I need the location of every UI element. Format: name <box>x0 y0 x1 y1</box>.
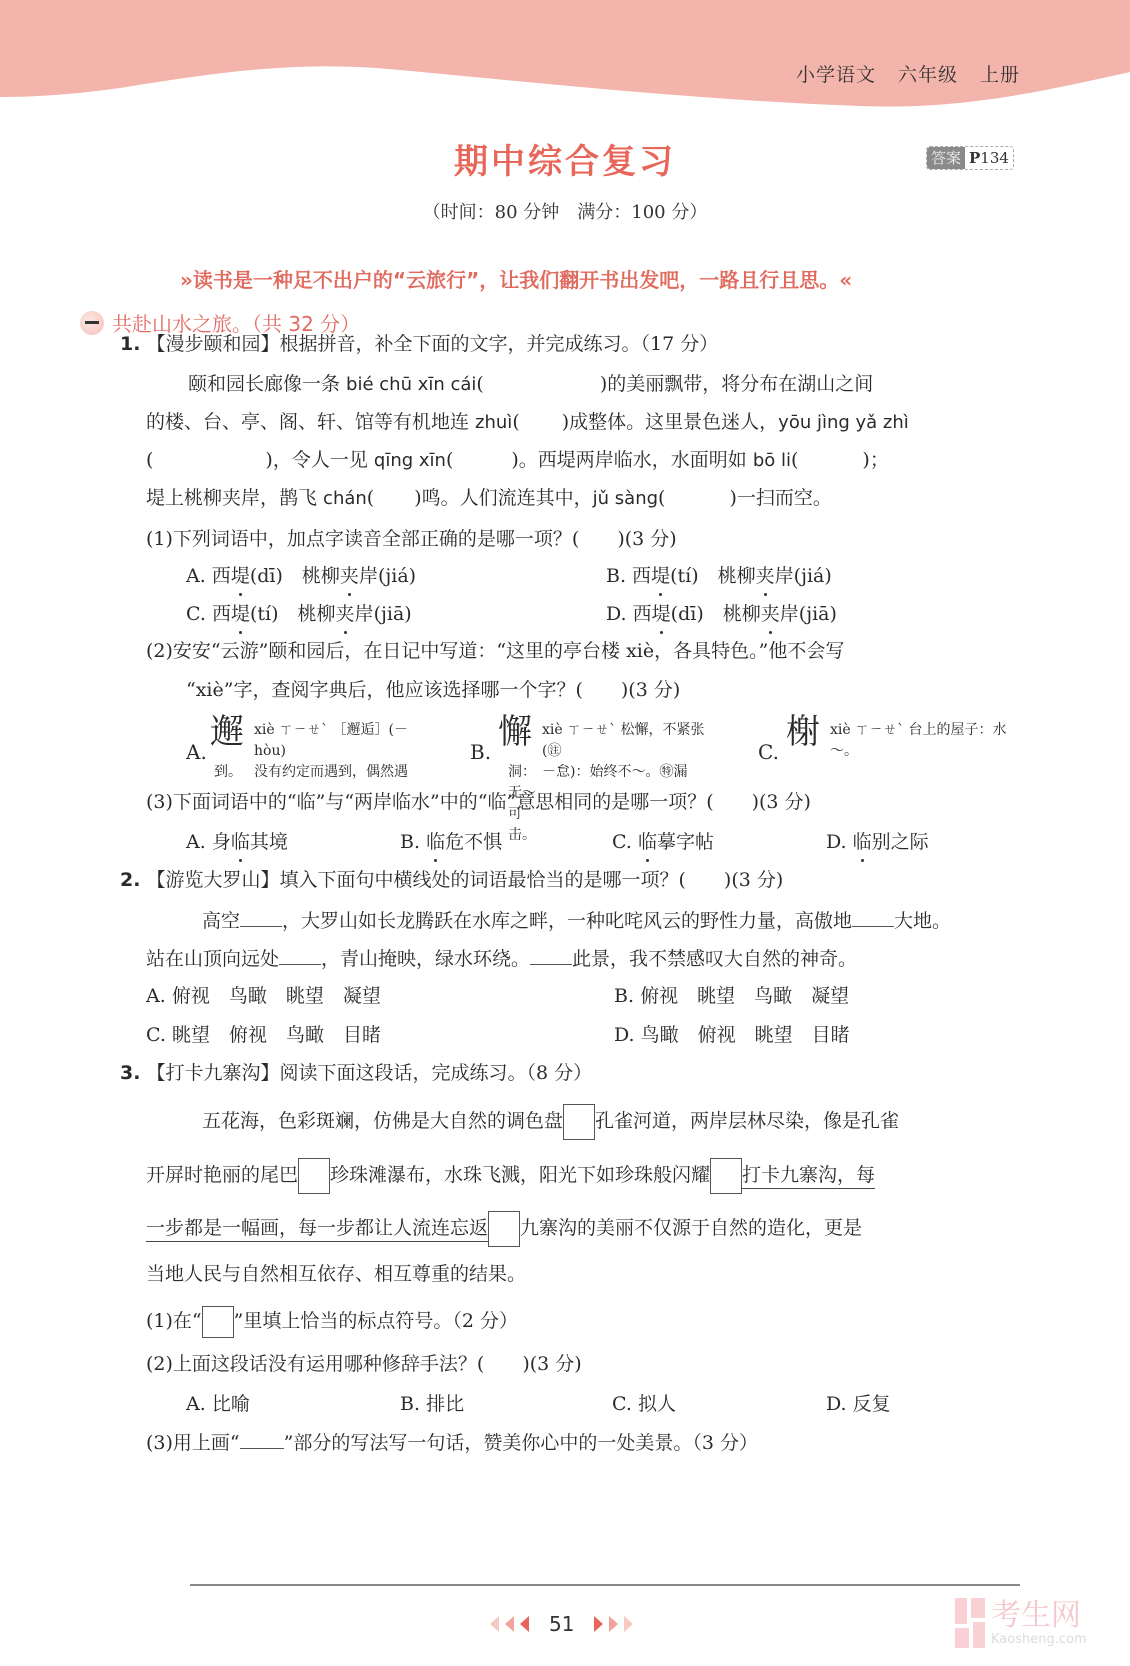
sub-question-1-1: (1)下列词语中，加点字读音全部正确的是哪一项？( )(3 分) <box>146 525 677 553</box>
sub-question-1-3: (3)下面词语中的“临”与“两岸临水”中的“临”意思相同的是哪一项？( )(3 … <box>146 788 811 816</box>
left-arrow-icon <box>505 1616 514 1632</box>
option-b: B. 西堤(tí) 桃柳夹岸(jiá) <box>606 562 832 590</box>
option-c: C. 拟人 <box>612 1390 676 1418</box>
kaosheng-logo-icon <box>955 1598 985 1648</box>
question-2-heading: 2. 【游览大罗山】填入下面句中横线处的词语最恰当的是哪一项？( )(3 分) <box>120 866 783 894</box>
option-d: D. 鸟瞰 俯视 眺望 目睹 <box>614 1021 850 1049</box>
option-b: B. 俯视 眺望 鸟瞰 凝望 <box>614 982 849 1010</box>
section-number-one-icon <box>80 311 104 335</box>
passage-line: 当地人民与自然相互依存、相互尊重的结果。 <box>146 1260 526 1288</box>
passage-line: 颐和园长廊像一条 bié chū xīn cái()的美丽飘带，将分布在湖山之间 <box>188 370 873 399</box>
question-3-heading: 3. 【打卡九寨沟】阅读下面这段话，完成练习。（8 分） <box>120 1059 592 1087</box>
option-d: D. 西堤(dī) 桃柳夹岸(jiā) <box>606 600 837 628</box>
left-arrow-icon <box>520 1616 529 1632</box>
option-a: A. 比喻 <box>186 1390 250 1418</box>
option-b: B. 临危不惧 <box>400 828 502 856</box>
sub-question-3-1: (1)在“”里填上恰当的标点符号。（2 分） <box>146 1306 518 1338</box>
option-c: C. 眺望 俯视 鸟瞰 目睹 <box>146 1021 381 1049</box>
answer-label: 答案 <box>927 147 965 169</box>
passage-line: 高空，大罗山如长龙腾跃在水库之畔，一种叱咤风云的野性力量，高傲地大地。 <box>202 906 951 935</box>
sub-question-3-3: (3)用上画“”部分的写法写一句话，赞美你心中的一处美景。（3 分） <box>146 1428 758 1457</box>
option-c: C. 临摹字帖 <box>612 828 714 856</box>
watermark: 考生网 Kaosheng.com <box>955 1598 1087 1648</box>
passage-line: 站在山顶向远处，青山掩映，绿水环绕。此景，我不禁感叹大自然的神奇。 <box>146 944 857 973</box>
option-c: C. 西堤(tí) 桃柳夹岸(jiā) <box>186 600 412 628</box>
passage-line: 一步都是一幅画，每一步都让人流连忘返九寨沟的美丽不仅源于自然的造化，更是 <box>146 1211 862 1247</box>
question-1-heading: 1. 【漫步颐和园】根据拼音，补全下面的文字，并完成练习。（17 分） <box>120 330 718 358</box>
page-number-bar: 51 <box>490 1612 633 1636</box>
punctuation-box[interactable] <box>298 1158 330 1194</box>
subject-label: 小学语文 <box>796 64 876 86</box>
punctuation-box[interactable] <box>710 1158 742 1194</box>
sub-question-1-2-cont: “xiè”字，查阅字典后，他应该选择哪一个字？( )(3 分) <box>186 676 680 704</box>
option-a: A. 西堤(dī) 桃柳夹岸(jiá) <box>186 562 416 590</box>
volume-label: 上册 <box>980 64 1020 86</box>
passage-line: 的楼、台、亭、阁、轩、馆等有机地连 zhuì()成整体。这里景色迷人，yōu j… <box>146 408 909 437</box>
passage-line: 堤上桃柳夹岸，鹊飞 chán()鸣。人们流连其中，jǔ sàng()一扫而空。 <box>146 484 832 513</box>
right-arrow-icon <box>624 1616 633 1632</box>
option-a: A. 身临其境 <box>186 828 288 856</box>
option-a: A. 俯视 鸟瞰 眺望 凝望 <box>146 982 381 1010</box>
right-arrow-icon <box>594 1616 603 1632</box>
passage-line: 开屏时艳丽的尾巴珍珠滩瀑布，水珠飞溅，阳光下如珍珠般闪耀打卡九寨沟，每 <box>146 1158 875 1194</box>
left-arrow-icon <box>490 1616 499 1632</box>
option-d: D. 临别之际 <box>826 828 929 856</box>
right-arrow-icon <box>609 1616 618 1632</box>
passage-line: ()，令人一见 qīng xīn()。西堤两岸临水，水面明如 bō li()； <box>146 446 889 475</box>
book-info: 小学语文六年级上册 <box>796 60 1042 87</box>
footer-divider <box>190 1584 1020 1586</box>
option-b: B. 排比 <box>400 1390 464 1418</box>
exam-info: （时间：80 分钟 满分：100 分） <box>0 198 1130 224</box>
passage-line: 五花海，色彩斑斓，仿佛是大自然的调色盘孔雀河道，两岸层林尽染，像是孔雀 <box>202 1104 899 1140</box>
answer-page: P134 <box>965 147 1013 169</box>
page-number: 51 <box>549 1612 574 1636</box>
grade-label: 六年级 <box>898 64 958 86</box>
sub-question-3-2: (2)上面这段话没有运用哪种修辞手法？( )(3 分) <box>146 1350 582 1378</box>
option-d: D. 反复 <box>826 1390 891 1418</box>
punctuation-box[interactable] <box>488 1211 520 1247</box>
motto: »读书是一种足不出户的“云旅行”，让我们翻开书出发吧，一路且行且思。« <box>180 264 852 293</box>
sub-question-1-2: (2)安安“云游”颐和园后，在日记中写道：“这里的亭台楼 xiè，各具特色。”他… <box>146 637 844 665</box>
answer-page-badge: 答案 P134 <box>926 146 1014 170</box>
punctuation-box[interactable] <box>563 1104 595 1140</box>
